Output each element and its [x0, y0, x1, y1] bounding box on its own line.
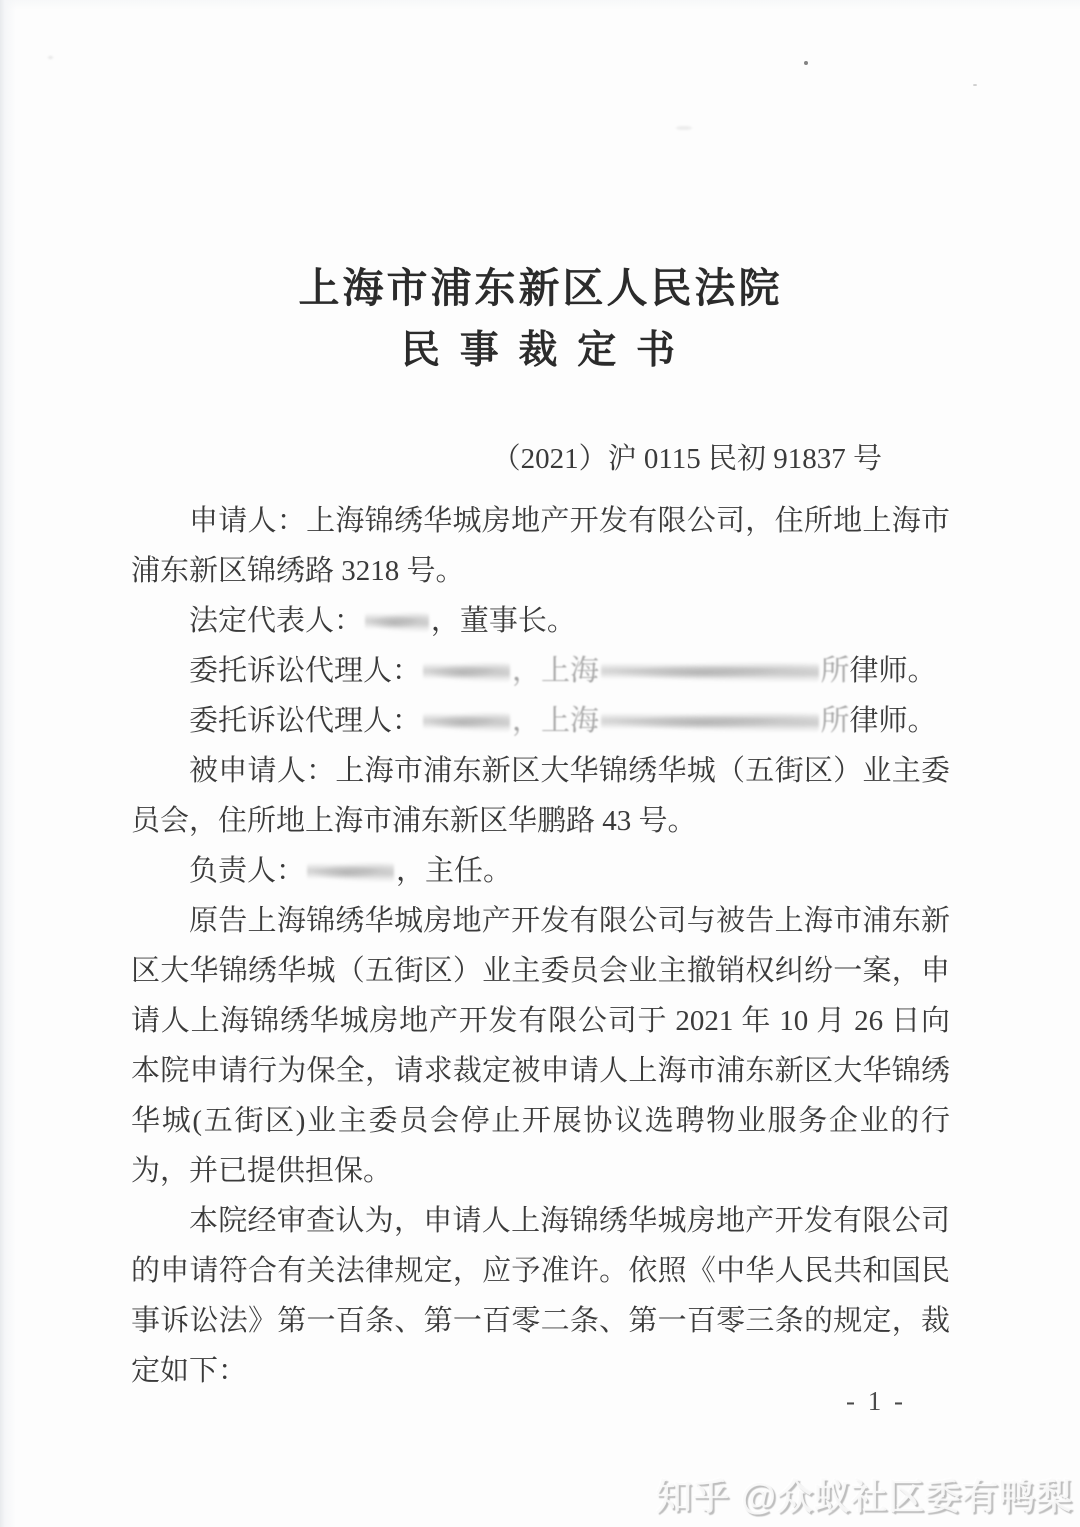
document-paragraph: 被申请人：上海市浦东新区大华锦绣华城（五街区）业主委员会，住所地上海市浦东新区华…	[131, 746, 950, 846]
faded-text: 所	[821, 705, 850, 737]
text-run: 申请人：上海锦绣华城房地产开发有限公司，住所地上海市浦东新区锦绣路 3218 号…	[131, 505, 950, 587]
text-run: 原告上海锦绣华城房地产开发有限公司与被告上海市浦东新区大华锦绣华城（五街区）业主…	[131, 905, 950, 1187]
text-run: 律师。	[850, 705, 937, 737]
text-run: ，主任。	[396, 855, 512, 887]
document-content: 上海市浦东新区人民法院 民 事 裁 定 书 （2021）沪 0115 民初 91…	[131, 0, 950, 1396]
text-run: 律师。	[850, 655, 937, 687]
redacted-text	[601, 712, 819, 732]
text-run: 本院经审查认为，申请人上海锦绣华城房地产开发有限公司的申请符合有关法律规定，应予…	[131, 1205, 950, 1387]
page-number: - 1 -	[846, 1386, 906, 1417]
zhihu-watermark: 知乎 @众蚁社区委有鸭梨	[656, 1469, 1073, 1520]
scan-speck	[676, 126, 692, 130]
scan-speck	[973, 84, 977, 86]
document-type-title: 民 事 裁 定 书	[131, 326, 950, 376]
faded-text: 所	[821, 655, 850, 687]
faded-text: ，上海	[512, 655, 599, 687]
document-paragraph: 负责人：，主任。	[131, 846, 950, 896]
document-paragraph: 委托诉讼代理人：，上海所律师。	[131, 696, 950, 746]
text-run: 委托诉讼代理人：	[189, 655, 421, 687]
redacted-text	[307, 862, 394, 882]
scan-speck	[804, 61, 808, 65]
redacted-text	[423, 712, 510, 732]
document-paragraph: 法定代表人：，董事长。	[131, 596, 950, 646]
faded-text: ，上海	[512, 705, 599, 737]
scan-speck	[48, 56, 53, 59]
case-number: （2021）沪 0115 民初 91837 号	[131, 434, 950, 484]
document-paragraph: 委托诉讼代理人：，上海所律师。	[131, 646, 950, 696]
text-run: 被申请人：上海市浦东新区大华锦绣华城（五街区）业主委员会，住所地上海市浦东新区华…	[131, 755, 950, 837]
document-paragraph: 申请人：上海锦绣华城房地产开发有限公司，住所地上海市浦东新区锦绣路 3218 号…	[131, 496, 950, 596]
scanned-document-page: 上海市浦东新区人民法院 民 事 裁 定 书 （2021）沪 0115 民初 91…	[0, 0, 1080, 1527]
redacted-text	[423, 662, 510, 682]
document-paragraph: 原告上海锦绣华城房地产开发有限公司与被告上海市浦东新区大华锦绣华城（五街区）业主…	[131, 896, 950, 1196]
text-run: 法定代表人：	[189, 605, 363, 637]
court-name-title: 上海市浦东新区人民法院	[131, 262, 950, 314]
redacted-text	[365, 612, 429, 632]
document-paragraph: 本院经审查认为，申请人上海锦绣华城房地产开发有限公司的申请符合有关法律规定，应予…	[131, 1196, 950, 1396]
text-run: ，董事长。	[431, 605, 576, 637]
document-body: 申请人：上海锦绣华城房地产开发有限公司，住所地上海市浦东新区锦绣路 3218 号…	[131, 496, 950, 1396]
text-run: 负责人：	[189, 855, 305, 887]
text-run: 委托诉讼代理人：	[189, 705, 421, 737]
redacted-text	[601, 662, 819, 682]
